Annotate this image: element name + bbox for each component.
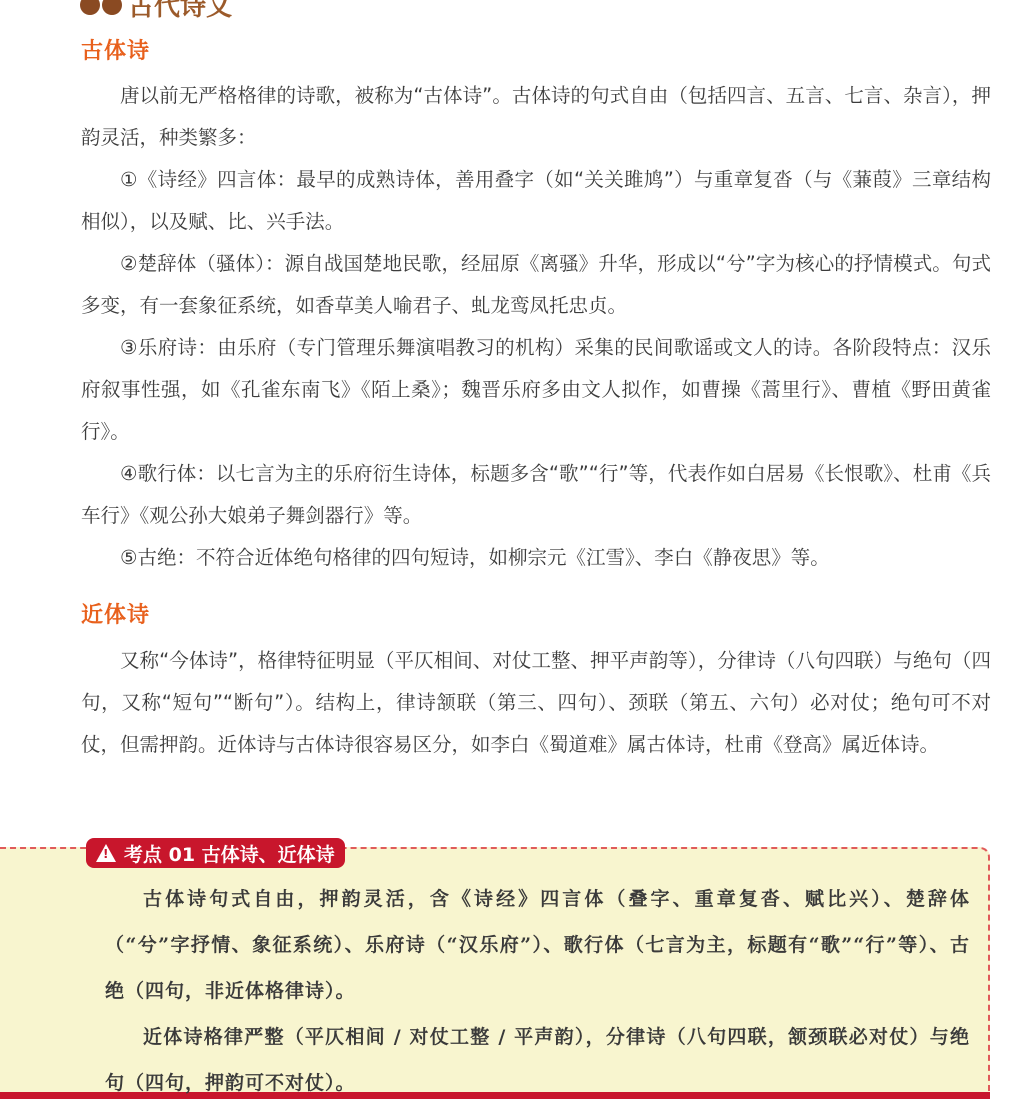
exam-point-badge-label: 考点 01 古体诗、近体诗 bbox=[124, 840, 335, 867]
section-title-jinti: 近体诗 bbox=[81, 598, 150, 629]
paragraph: ③乐府诗：由乐府（专门管理乐舞演唱教习的机构）采集的民间歌谣或文人的诗。各阶段特… bbox=[81, 327, 991, 453]
exam-point-badge: 考点 01 古体诗、近体诗 bbox=[86, 838, 345, 868]
paragraph: 又称“今体诗”，格律特征明显（平仄相间、对仗工整、押平声韵等），分律诗（八句四联… bbox=[81, 640, 991, 766]
chapter-header-title: 古代诗文 bbox=[128, 0, 232, 23]
paragraph: ①《诗经》四言体：最早的成熟诗体，善用叠字（如“关关雎鸠”）与重章复沓（与《蒹葭… bbox=[81, 159, 991, 243]
paragraph: ⑤古绝：不符合近体绝句格律的四句短诗，如柳宗元《江雪》、李白《静夜思》等。 bbox=[81, 537, 991, 579]
paragraph: 唐以前无严格格律的诗歌，被称为“古体诗”。古体诗的句式自由（包括四言、五言、七言… bbox=[81, 75, 991, 159]
callout-body: 古体诗句式自由，押韵灵活，含《诗经》四言体（叠字、重章复沓、赋比兴）、楚辞体（“… bbox=[105, 876, 970, 1099]
callout-paragraph: 古体诗句式自由，押韵灵活，含《诗经》四言体（叠字、重章复沓、赋比兴）、楚辞体（“… bbox=[105, 876, 970, 1014]
section-body-guti: 唐以前无严格格律的诗歌，被称为“古体诗”。古体诗的句式自由（包括四言、五言、七言… bbox=[81, 75, 991, 579]
warning-icon bbox=[96, 844, 116, 862]
chapter-header: 古代诗文 bbox=[80, 0, 232, 23]
section-title-guti: 古体诗 bbox=[81, 34, 150, 65]
paragraph: ②楚辞体（骚体）：源自战国楚地民歌，经屈原《离骚》升华，形成以“兮”字为核心的抒… bbox=[81, 243, 991, 327]
header-decoration-icon bbox=[80, 0, 122, 15]
paragraph: ④歌行体：以七言为主的乐府衍生诗体，标题多含“歌”“行”等，代表作如白居易《长恨… bbox=[81, 453, 991, 537]
section-body-jinti: 又称“今体诗”，格律特征明显（平仄相间、对仗工整、押平声韵等），分律诗（八句四联… bbox=[81, 640, 991, 766]
callout-paragraph: 近体诗格律严整（平仄相间 / 对仗工整 / 平声韵），分律诗（八句四联，颔颈联必… bbox=[105, 1014, 970, 1099]
